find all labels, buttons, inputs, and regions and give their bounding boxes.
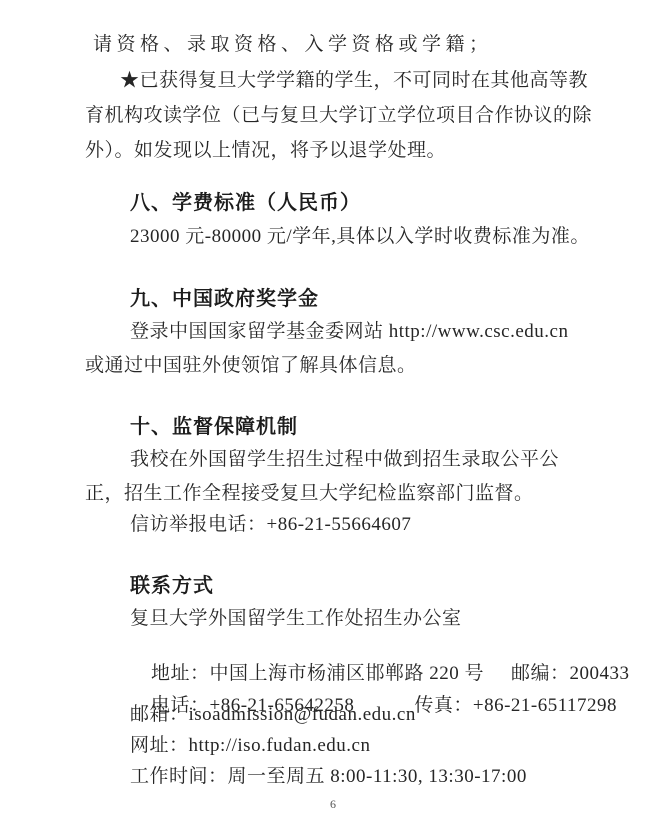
intro-line-1: 请资格、录取资格、入学资格或学籍； [93,34,493,56]
section-tuition-line-1: 23000 元-80000 元/学年,具体以入学时收费标准为准。 [130,226,590,248]
section-supervision-line-2: 正，招生工作全程接受复旦大学纪检监察部门监督。 [85,483,534,505]
document-page: 请资格、录取资格、入学资格或学籍； ★已获得复旦大学学籍的学生，不可同时在其他高… [0,0,666,833]
contact-office-line: 复旦大学外国留学生工作处招生办公室 [130,608,462,630]
section-scholarship-line-1: 登录中国国家留学基金委网站 http://www.csc.edu.cn [130,321,568,343]
page-number: 6 [0,797,666,811]
intro-star-line: ★已获得复旦大学学籍的学生，不可同时在其他高等教 [120,70,588,92]
intro-line-4: 外）。如发现以上情况，将予以退学处理。 [85,140,446,162]
section-tuition-heading: 八、学费标准（人民币） [130,192,361,215]
supervision-hotline-line: 信访举报电话：+86-21-55664607 [130,514,411,536]
section-supervision-heading: 十、监督保障机制 [130,416,298,439]
contact-fax: 传真：+86-21-65117298 [414,695,617,716]
contact-website-line: 网址：http://iso.fudan.edu.cn [130,735,370,757]
intro-line-3: 育机构攻读学位（已与复旦大学订立学位项目合作协议的除 [85,105,592,127]
contact-hours-line: 工作时间：周一至周五 8:00-11:30, 13:30-17:00 [130,766,527,788]
section-scholarship-line-2: 或通过中国驻外使领馆了解具体信息。 [85,355,417,377]
contact-heading: 联系方式 [130,575,214,598]
section-scholarship-heading: 九、中国政府奖学金 [130,288,319,311]
contact-email-line: 邮箱：isoadmission@fudan.edu.cn [130,704,416,726]
section-supervision-line-1: 我校在外国留学生招生过程中做到招生录取公平公 [130,449,559,471]
